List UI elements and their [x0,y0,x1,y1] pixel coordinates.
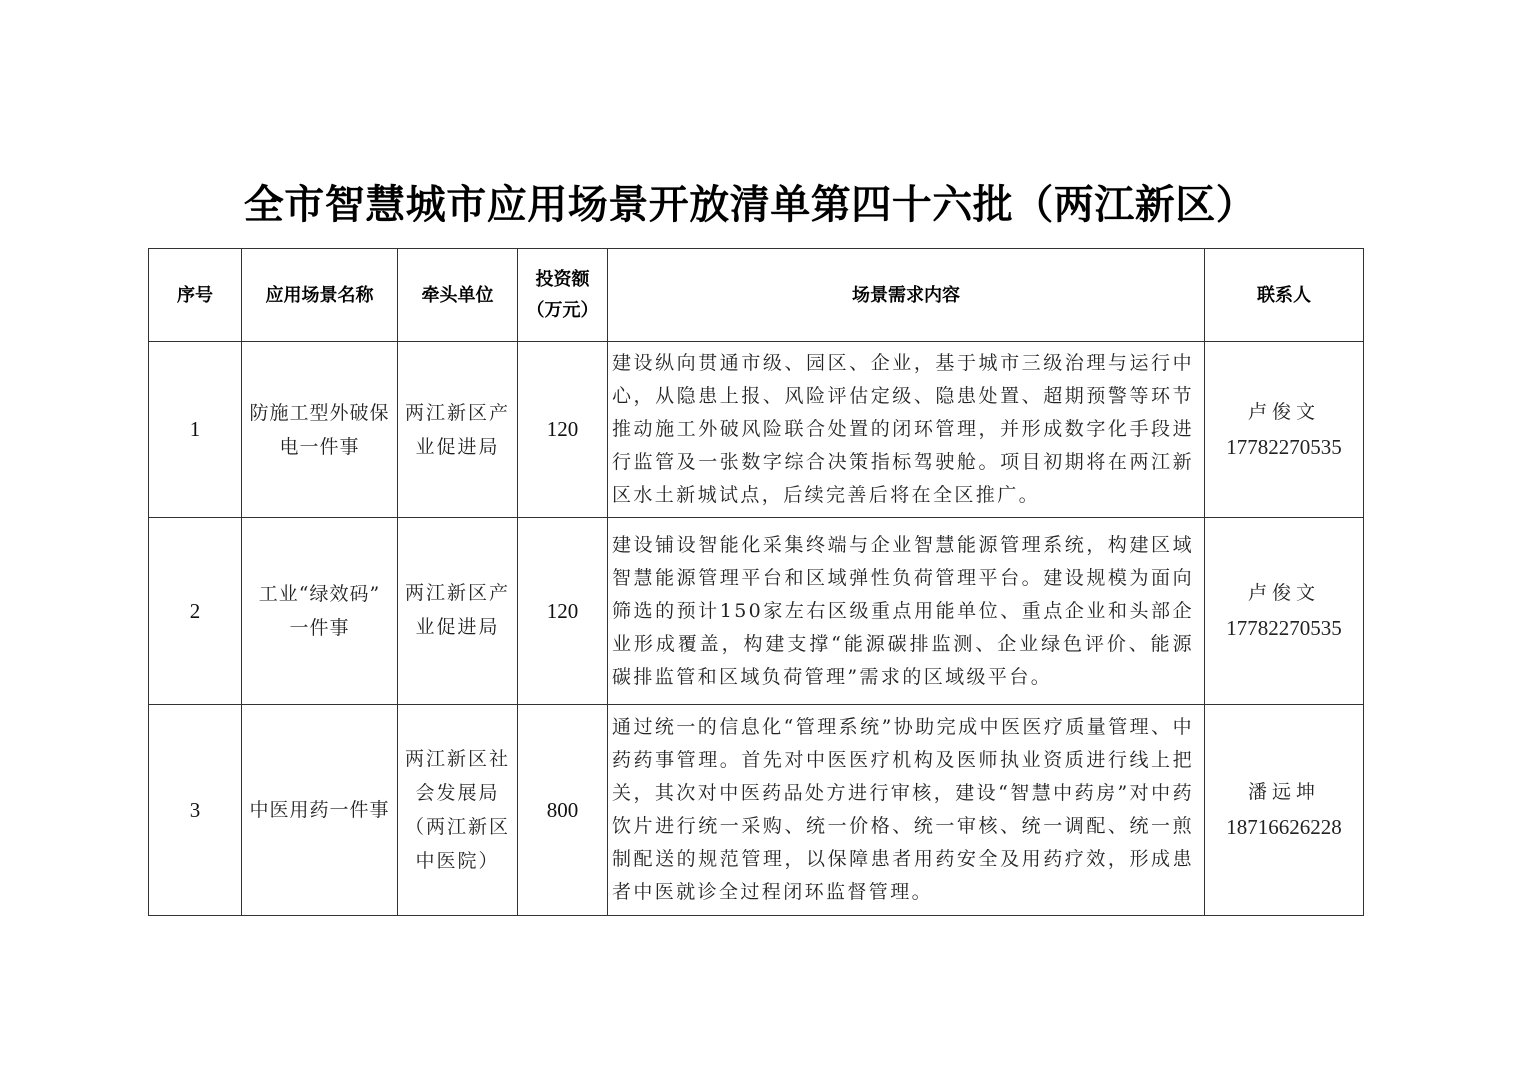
header-investment: 投资额 （万元） [518,249,608,342]
contact-phone: 18716626228 [1205,810,1363,845]
lead-unit-line: 两江新区产 [398,576,517,610]
contact-name: 潘远坤 [1205,775,1363,810]
row-contact: 卢俊文 17782270535 [1205,518,1364,705]
lead-unit-line: 会发展局 [398,776,517,810]
table-header-row: 序号 应用场景名称 牵头单位 投资额 （万元） 场景需求内容 联系人 [149,249,1364,342]
lead-unit-line: 两江新区产 [398,396,517,430]
header-requirements: 场景需求内容 [608,249,1205,342]
row-requirements: 通过统一的信息化“管理系统”协助完成中医医疗质量管理、中药药事管理。首先对中医医… [608,705,1205,916]
row-scene-name: 中医用药一件事 [242,705,398,916]
contact-name: 卢俊文 [1205,576,1363,611]
scene-name-line: 工业“绿效码” [242,577,397,611]
header-index: 序号 [149,249,242,342]
scene-list-table: 序号 应用场景名称 牵头单位 投资额 （万元） 场景需求内容 联系人 1 防施工… [148,248,1364,916]
row-index: 3 [149,705,242,916]
contact-phone: 17782270535 [1205,430,1363,465]
row-lead-unit: 两江新区社 会发展局 （两江新区 中医院） [398,705,518,916]
row-requirements: 建设纵向贯通市级、园区、企业，基于城市三级治理与运行中心，从隐患上报、风险评估定… [608,342,1205,518]
row-contact: 卢俊文 17782270535 [1205,342,1364,518]
header-contact: 联系人 [1205,249,1364,342]
row-lead-unit: 两江新区产 业促进局 [398,342,518,518]
row-investment: 120 [518,518,608,705]
scene-name-line: 一件事 [242,611,397,645]
table-row: 1 防施工型外破保 电一件事 两江新区产 业促进局 120 建设纵向贯通市级、园… [149,342,1364,518]
document-title: 全市智慧城市应用场景开放清单第四十六批（两江新区） [0,173,1500,230]
contact-name: 卢俊文 [1205,395,1363,430]
lead-unit-line: 两江新区社 [398,742,517,776]
table-row: 3 中医用药一件事 两江新区社 会发展局 （两江新区 中医院） 800 通过统一… [149,705,1364,916]
row-investment: 800 [518,705,608,916]
row-index: 1 [149,342,242,518]
contact-phone: 17782270535 [1205,611,1363,646]
scene-name-line: 防施工型外破保 [242,396,397,430]
scene-name-line: 电一件事 [242,430,397,464]
row-index: 2 [149,518,242,705]
row-investment: 120 [518,342,608,518]
row-requirements: 建设铺设智能化采集终端与企业智慧能源管理系统，构建区域智慧能源管理平台和区域弹性… [608,518,1205,705]
row-scene-name: 防施工型外破保 电一件事 [242,342,398,518]
row-contact: 潘远坤 18716626228 [1205,705,1364,916]
lead-unit-line: 中医院） [398,844,517,878]
lead-unit-line: 业促进局 [398,610,517,644]
header-investment-label: 投资额 [518,264,607,295]
header-investment-unit: （万元） [518,295,607,326]
row-lead-unit: 两江新区产 业促进局 [398,518,518,705]
scene-name-line: 中医用药一件事 [242,793,397,827]
table-row: 2 工业“绿效码” 一件事 两江新区产 业促进局 120 建设铺设智能化采集终端… [149,518,1364,705]
row-scene-name: 工业“绿效码” 一件事 [242,518,398,705]
lead-unit-line: 业促进局 [398,430,517,464]
lead-unit-line: （两江新区 [398,810,517,844]
header-lead-unit: 牵头单位 [398,249,518,342]
header-scene-name: 应用场景名称 [242,249,398,342]
